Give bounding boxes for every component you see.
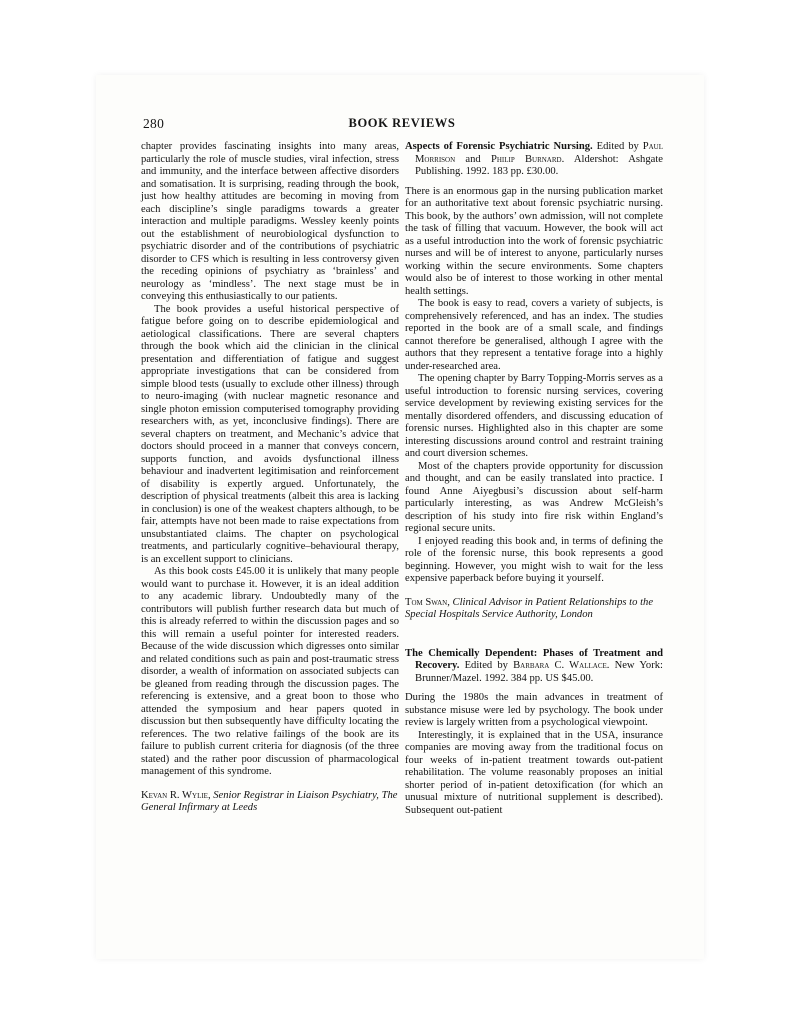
review-paragraph: I enjoyed reading this book and, in term… (405, 536, 663, 586)
review-paragraph: The book provides a useful historical pe… (141, 304, 399, 567)
review-paragraph: The book is easy to read, covers a varie… (405, 298, 663, 373)
review-paragraph: There is an enormous gap in the nursing … (405, 186, 663, 299)
review-paragraph: The opening chapter by Barry Topping-Mor… (405, 373, 663, 461)
book-title: Aspects of Forensic Psychiatric Nursing. (405, 141, 593, 152)
book-citation: The Chemically Dependent: Phases of Trea… (405, 648, 663, 686)
journal-page: 280 BOOK REVIEWS chapter provides fascin… (96, 75, 704, 959)
edited-by-text: Edited by (593, 141, 643, 152)
review-continuation-paragraph: chapter provides fascinating insights in… (141, 141, 399, 304)
review-paragraph: As this book costs £45.00 it is unlikely… (141, 566, 399, 779)
editor-name: Barbara C. Wallace (513, 660, 607, 671)
reviewer-signature: Kevan R. Wylie, Senior Registrar in Liai… (141, 790, 399, 815)
running-head-title: BOOK REVIEWS (141, 116, 663, 131)
review-paragraph: During the 1980s the main advances in tr… (405, 692, 663, 730)
reviewer-name: Tom Swan (405, 597, 447, 608)
conjunction-text: and (455, 154, 491, 165)
page-number: 280 (143, 116, 164, 132)
review-paragraph: Most of the chapters provide opportunity… (405, 461, 663, 536)
left-column: chapter provides fascinating insights in… (141, 141, 399, 817)
reviewer-signature: Tom Swan, Clinical Advisor in Patient Re… (405, 597, 663, 622)
page-header: 280 BOOK REVIEWS (141, 116, 663, 134)
screenshot-canvas: 280 BOOK REVIEWS chapter provides fascin… (0, 0, 800, 1036)
text-columns: chapter provides fascinating insights in… (141, 141, 663, 817)
right-column: Aspects of Forensic Psychiatric Nursing.… (405, 141, 663, 817)
book-citation: Aspects of Forensic Psychiatric Nursing.… (405, 141, 663, 179)
edited-by-text: Edited by (459, 660, 513, 671)
editor-name: Philip Burnard (491, 154, 562, 165)
reviewer-name: Kevan R. Wylie (141, 790, 208, 801)
review-paragraph: Interestingly, it is explained that in t… (405, 730, 663, 818)
